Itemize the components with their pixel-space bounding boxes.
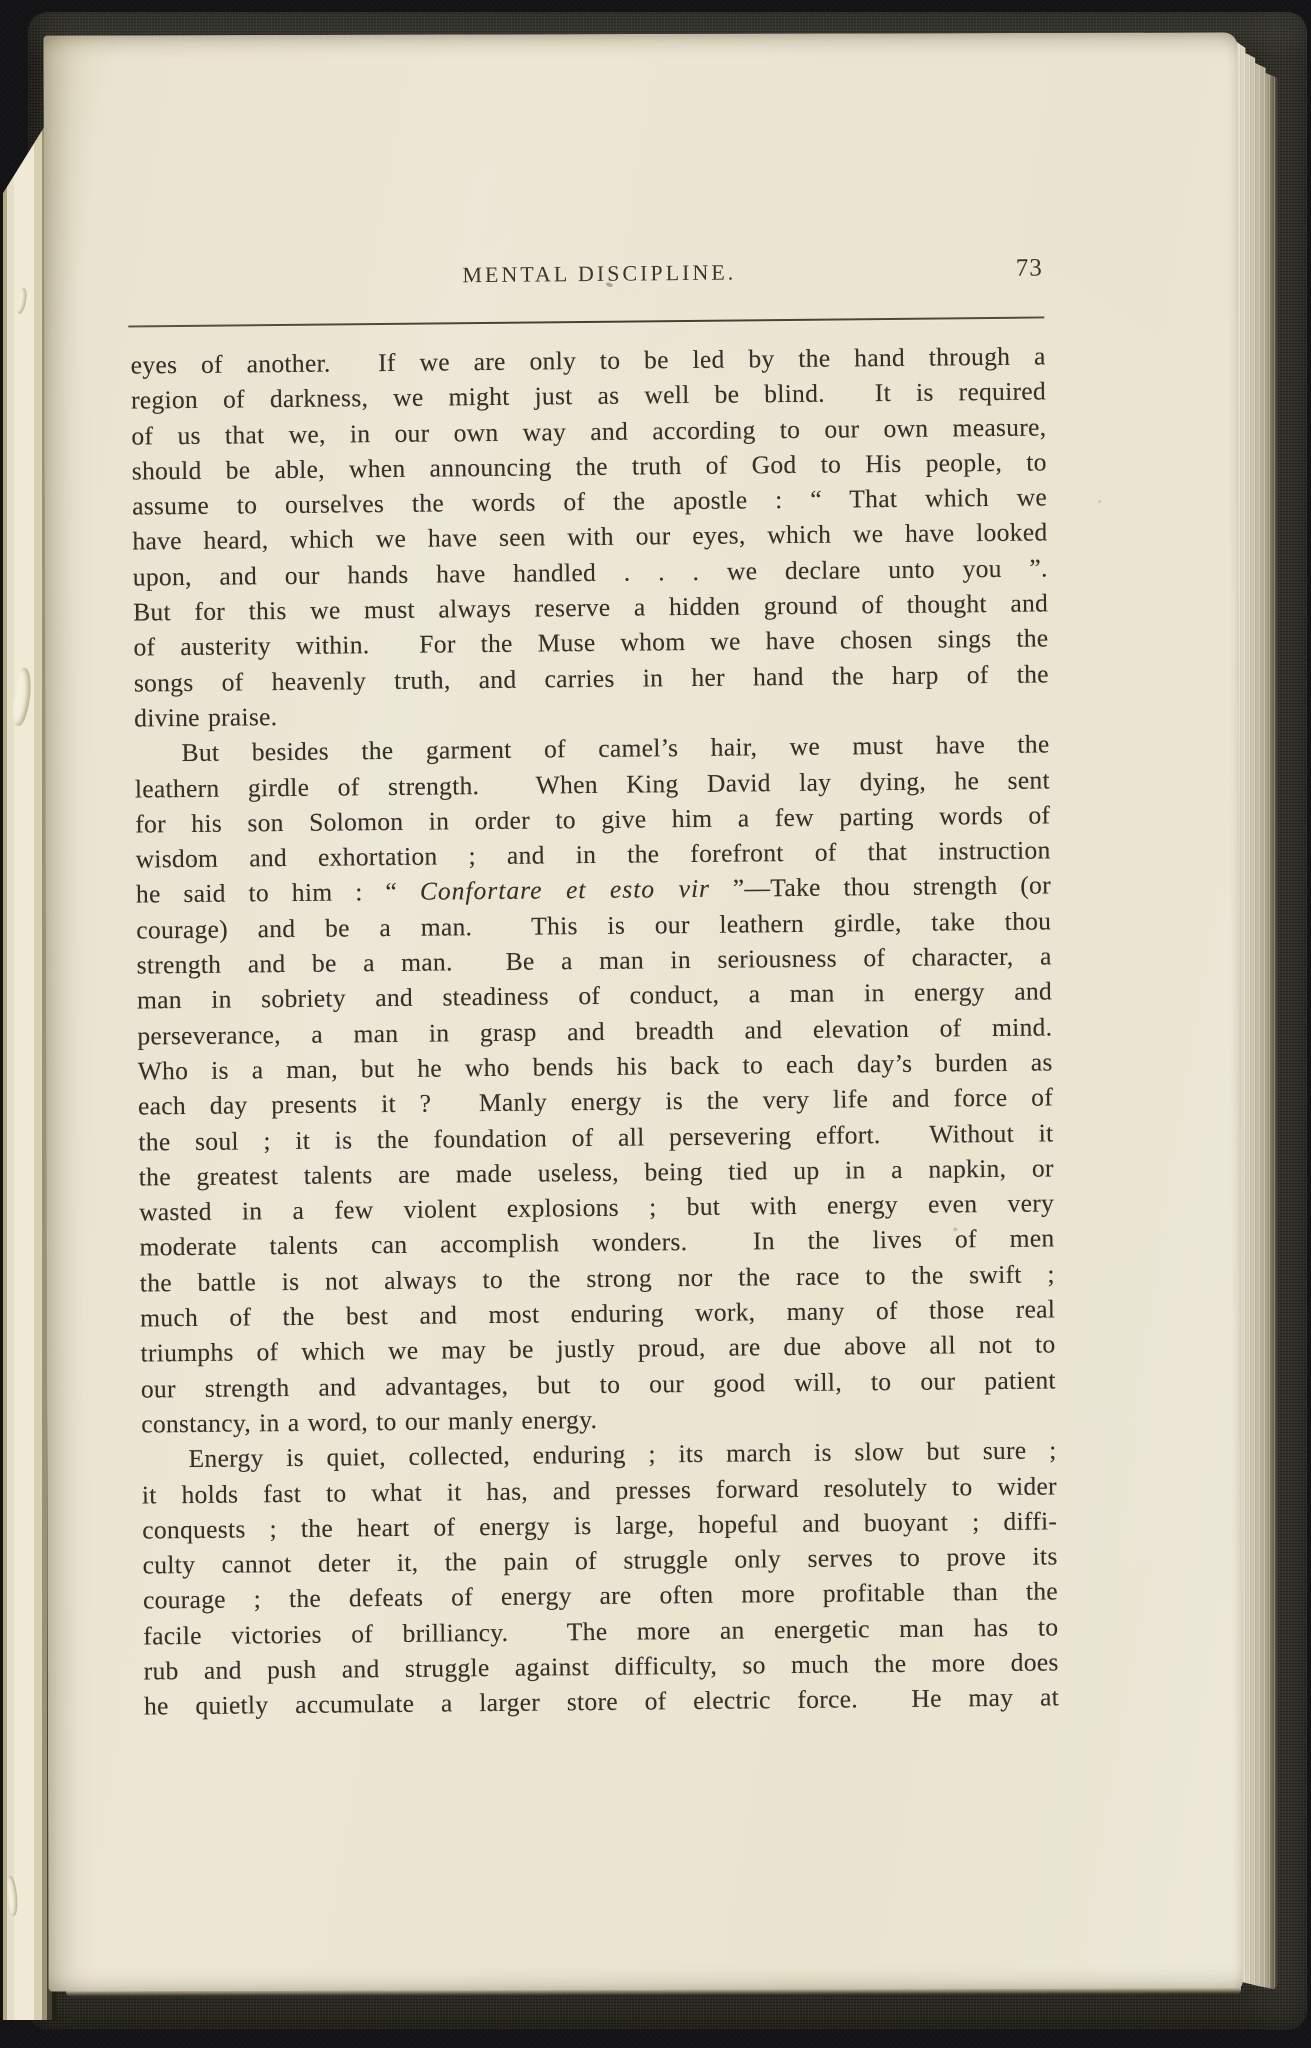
text-segment: culty cannot deter it, the pain of strug…: [143, 1541, 1058, 1579]
text-segment: Who is a man, but he who bends his back …: [138, 1047, 1053, 1085]
paragraph: But besides the garment of camel’s hair,…: [134, 727, 1056, 1442]
paragraph: eyes of another. If we are only to be le…: [131, 338, 1050, 735]
dust-speck: [1098, 500, 1101, 503]
text-segment: of us that we, in our own way and accord…: [131, 412, 1046, 450]
text-segment: constancy, in a word, to our manly energ…: [141, 1405, 597, 1439]
text-segment: for his son Solomon in order to give him…: [135, 800, 1050, 838]
dust-speck: [192, 859, 195, 862]
paragraph: Energy is quiet, collected, enduring ; i…: [141, 1433, 1059, 1724]
running-title: MENTAL DISCIPLINE.: [142, 256, 1057, 291]
text-segment: ”—Take thou strength (or: [710, 871, 1051, 903]
header-rule: [128, 316, 1044, 327]
text-segment: facile victories of brilliancy. The more…: [143, 1612, 1058, 1650]
text-segment: But for this we must always reserve a hi…: [133, 588, 1048, 626]
book-page: MENTAL DISCIPLINE. 73 eyes of another. I…: [43, 32, 1242, 1991]
text-segment: the greatest talents are made useless, b…: [139, 1153, 1054, 1191]
text-segment: have heard, which we have seen with our …: [132, 518, 1047, 556]
text-segment: Energy is quiet, collected, enduring ; i…: [188, 1436, 1056, 1474]
page-text: eyes of another. If we are only to be le…: [131, 338, 1060, 1724]
text-segment: he said to him : “: [136, 877, 420, 909]
page-tear-mark: [15, 287, 28, 314]
text-segment: eyes of another. If we are only to be le…: [131, 341, 1046, 379]
text-segment: the soul ; it is the foundation of all p…: [138, 1118, 1053, 1156]
italic-phrase: Confortare et esto vir: [420, 874, 710, 906]
page-tear-mark: [10, 667, 34, 727]
text-segment: it holds fast to what it has, and presse…: [142, 1471, 1057, 1509]
text-segment: conquests ; the heart of energy is large…: [142, 1506, 1057, 1544]
text-segment: the battle is not always to the strong n…: [140, 1259, 1055, 1297]
page-tear-mark: [7, 1876, 19, 1917]
text-segment: moderate talents can accomplish wonders.…: [139, 1224, 1054, 1262]
text-segment: leathern girdle of strength. When King D…: [135, 765, 1050, 803]
text-segment: triumphs of which we may be justly proud…: [140, 1330, 1055, 1368]
text-segment: strength and be a man. Be a man in serio…: [137, 941, 1052, 979]
text-segment: divine praise.: [134, 702, 277, 732]
page-number: 73: [1016, 254, 1043, 282]
text-segment: he quietly accumulate a larger store of …: [144, 1683, 1059, 1721]
book-photo: MENTAL DISCIPLINE. 73 eyes of another. I…: [0, 0, 1311, 2048]
text-segment: perseverance, a man in grasp and breadth…: [137, 1012, 1052, 1050]
page-content: MENTAL DISCIPLINE. 73 eyes of another. I…: [43, 29, 1256, 1997]
text-segment: wasted in a few violent explosions ; but…: [139, 1189, 1054, 1227]
running-header: MENTAL DISCIPLINE. 73: [130, 256, 1045, 299]
text-segment: songs of heavenly truth, and carries in …: [134, 659, 1049, 697]
text-segment: upon, and our hands have handled . . . w…: [133, 553, 1048, 591]
text-segment: courage ; the defeats of energy are ofte…: [143, 1577, 1058, 1615]
text-segment: region of darkness, we might just as wel…: [131, 377, 1046, 415]
text-segment: our strength and advantages, but to our …: [141, 1365, 1056, 1403]
text-segment: courage) and be a man. This is our leath…: [136, 906, 1051, 944]
text-segment: man in sobriety and steadiness of conduc…: [137, 977, 1052, 1015]
text-segment: should be able, when announcing the trut…: [132, 447, 1047, 485]
text-segment: wisdom and exhortation ; and in the fore…: [135, 836, 1050, 874]
dust-speck: [953, 1227, 957, 1231]
text-segment: much of the best and most enduring work,…: [140, 1294, 1055, 1332]
text-segment: But besides the garment of camel’s hair,…: [181, 730, 1049, 768]
text-segment: each day presents it ? Manly energy is t…: [138, 1083, 1053, 1121]
text-segment: rub and push and struggle against diffic…: [144, 1647, 1059, 1685]
text-segment: assume to ourselves the words of the apo…: [132, 483, 1047, 521]
text-segment: of austerity within. For the Muse whom w…: [133, 624, 1048, 662]
